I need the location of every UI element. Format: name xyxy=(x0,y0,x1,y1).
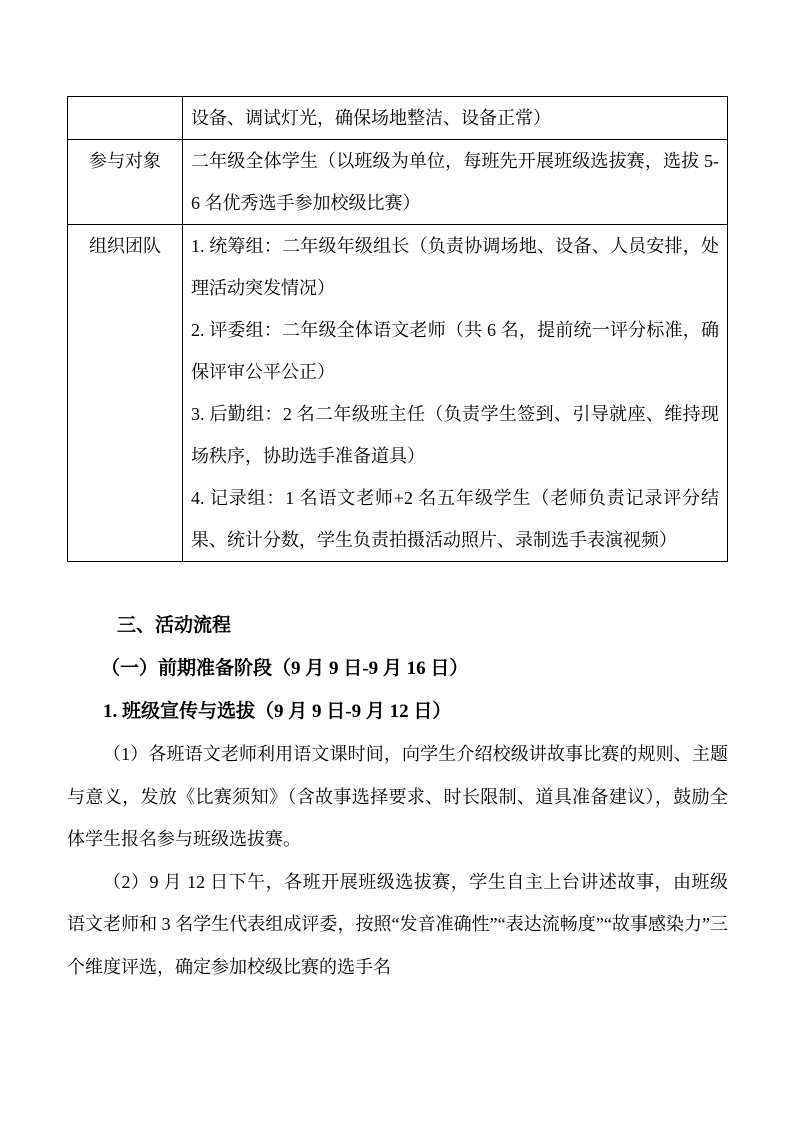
cell-text-item-3: 3. 后勤组：2 名二年级班主任（负责学生签到、引导就座、维持现场秩序，协助选手… xyxy=(191,393,719,477)
table-row-organization: 组织团队 1. 统筹组：二年级年级组长（负责协调场地、设备、人员安排，处理活动突… xyxy=(68,225,728,562)
cell-text: 二年级全体学生（以班级为单位，每班先开展班级选拔赛，选拔 5-6 名优秀选手参加… xyxy=(191,140,719,224)
row-content-cell: 1. 统筹组：二年级年级组长（负责协调场地、设备、人员安排，处理活动突发情况） … xyxy=(183,225,728,562)
row-content-cell: 设备、调试灯光，确保场地整洁、设备正常） xyxy=(183,97,728,140)
cell-text-item-2: 2. 评委组：二年级全体语文老师（共 6 名，提前统一评分标准，确保评审公平公正… xyxy=(191,309,719,393)
paragraph-1: （1）各班语文老师利用语文课时间，向学生介绍校级讲故事比赛的规则、主题与意义，发… xyxy=(67,733,728,861)
section-heading-level3: 1. 班级宣传与选拔（9 月 9 日-9 月 12 日） xyxy=(67,690,728,733)
cell-text-item-4: 4. 记录组：1 名语文老师+2 名五年级学生（老师负责记录评分结果、统计分数，… xyxy=(191,477,719,561)
cell-text: 设备、调试灯光，确保场地整洁、设备正常） xyxy=(191,97,719,139)
table-row-continuation: 设备、调试灯光，确保场地整洁、设备正常） xyxy=(68,97,728,140)
activity-info-table: 设备、调试灯光，确保场地整洁、设备正常） 参与对象 二年级全体学生（以班级为单位… xyxy=(67,96,728,562)
row-label-cell: 参与对象 xyxy=(68,140,183,225)
section-heading-level2: （一）前期准备阶段（9 月 9 日-9 月 16 日） xyxy=(67,647,728,690)
table-row-participants: 参与对象 二年级全体学生（以班级为单位，每班先开展班级选拔赛，选拔 5-6 名优… xyxy=(68,140,728,225)
paragraph-2: （2）9 月 12 日下午，各班开展班级选拔赛，学生自主上台讲述故事，由班级语文… xyxy=(67,861,728,989)
document-content: 设备、调试灯光，确保场地整洁、设备正常） 参与对象 二年级全体学生（以班级为单位… xyxy=(67,96,728,988)
row-label-cell: 组织团队 xyxy=(68,225,183,562)
document-page: 设备、调试灯光，确保场地整洁、设备正常） 参与对象 二年级全体学生（以班级为单位… xyxy=(0,0,793,1122)
section-heading-level1: 三、活动流程 xyxy=(67,604,728,647)
row-content-cell: 二年级全体学生（以班级为单位，每班先开展班级选拔赛，选拔 5-6 名优秀选手参加… xyxy=(183,140,728,225)
cell-text-item-1: 1. 统筹组：二年级年级组长（负责协调场地、设备、人员安排，处理活动突发情况） xyxy=(191,225,719,309)
row-label-cell-empty xyxy=(68,97,183,140)
